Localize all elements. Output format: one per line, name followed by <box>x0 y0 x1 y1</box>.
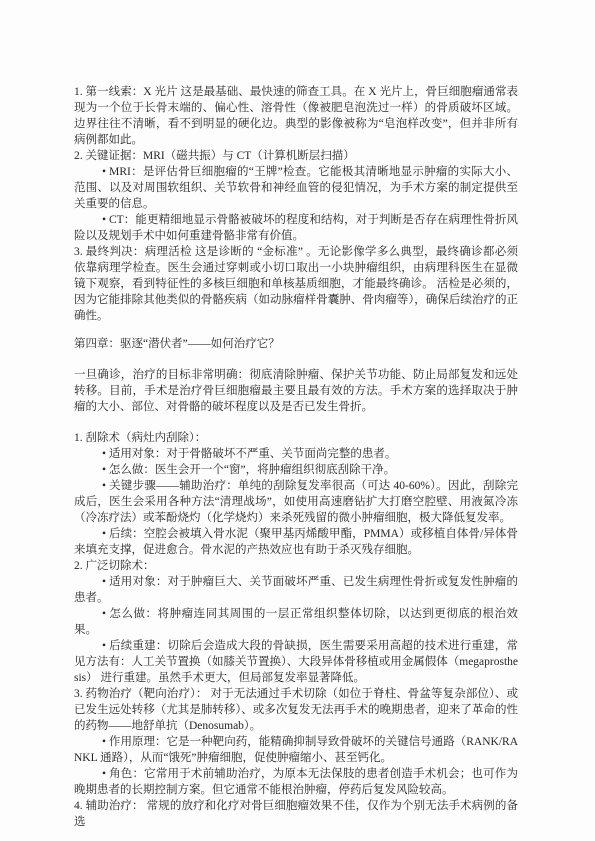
numbered-list-item: 2. 广泛切除术： <box>74 558 518 574</box>
numbered-list-item: 4. 辅助治疗： 常规的放疗和化疗对骨巨细胞瘤效果不佳，仅作为个别无法手术病例的… <box>74 798 518 830</box>
document-page: 1. 第一线索：X 光片 这是最基础、最快速的筛查工具。在 X 光片上，骨巨细胞… <box>0 0 595 841</box>
bullet-list-item: • 怎么做：将肿瘤连同其周围的一层正常组织整体切除，以达到更彻底的根治效果。 <box>74 606 518 638</box>
bullet-list-item: • 适用对象：对于骨骼破坏不严重、关节面尚完整的患者。 <box>74 446 518 462</box>
bullet-list-item: • 适用对象：对于肿瘤巨大、关节面破坏严重、已发生病理性骨折或复发性肿瘤的患者。 <box>74 574 518 606</box>
document-content: 1. 第一线索：X 光片 这是最基础、最快速的筛查工具。在 X 光片上，骨巨细胞… <box>74 84 518 830</box>
numbered-list-item: 1. 第一线索：X 光片 这是最基础、最快速的筛查工具。在 X 光片上，骨巨细胞… <box>74 84 518 148</box>
numbered-list-item: 3. 最终判决：病理活检 这是诊断的 “金标准” 。无论影像学多么典型，最终确诊… <box>74 244 518 324</box>
section-heading: 第四章：驱逐“潜伏者”——如何治疗它？ <box>74 336 518 352</box>
body-paragraph: 一旦确诊，治疗的目标非常明确：彻底清除肿瘤、保护关节功能、防止局部复发和远处转移… <box>74 367 518 415</box>
bullet-list-item: • 作用原理：它是一种靶向药，能精确抑制导致骨破坏的关键信号通路（RANK/RA… <box>74 734 518 766</box>
bullet-list-item: • MRI：是评估骨巨细胞瘤的“王牌”检查。它能极其清晰地显示肿瘤的实际大小、范… <box>74 164 518 212</box>
bullet-list-item: • 角色：它常用于术前辅助治疗，为原本无法保肢的患者创造手术机会；也可作为晚期患… <box>74 766 518 798</box>
bullet-list-item: • 后续重建：切除后会造成大段的骨缺损，医生需要采用高超的技术进行重建，常见方法… <box>74 638 518 686</box>
bullet-list-item: • 后续：空腔会被填入骨水泥（聚甲基丙烯酸甲酯，PMMA）或移植自体骨/异体骨来… <box>74 526 518 558</box>
numbered-list-item: 2. 关键证据：MRI（磁共振）与 CT（计算机断层扫描） <box>74 148 518 164</box>
bullet-list-item: • 关键步骤——辅助治疗：单纯的刮除复发率很高（可达 40-60%）。因此，刮除… <box>74 478 518 526</box>
numbered-list-item: 1. 刮除术（病灶内刮除）： <box>74 430 518 446</box>
bullet-list-item: • CT：能更精细地显示骨骼被破坏的程度和结构，对于判断是否存在病理性骨折风险以… <box>74 212 518 244</box>
numbered-list-item: 3. 药物治疗（靶向治疗）： 对于无法通过手术切除（如位于脊柱、骨盆等复杂部位）… <box>74 686 518 734</box>
bullet-list-item: • 怎么做：医生会开一个“窗”，将肿瘤组织彻底刮除干净。 <box>74 462 518 478</box>
